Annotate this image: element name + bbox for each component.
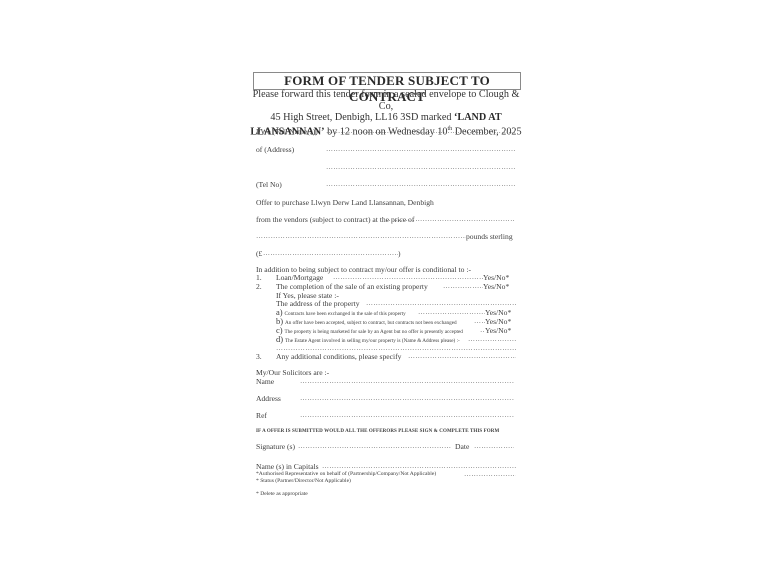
status-row: * Status (Partner/Director/Not Applicabl… <box>256 477 518 485</box>
signing-notice: IF A OFFER IS SUBMITTED WOULD ALL THE OF… <box>256 429 499 434</box>
condition-1-yes-no[interactable]: Yes/No* <box>483 273 519 282</box>
signing-notice-row: IF A OFFER IS SUBMITTED WOULD ALL THE OF… <box>256 427 518 436</box>
instructions-marked-bold: ‘LAND AT <box>454 112 502 123</box>
condition-3-text: Any additional conditions, please specif… <box>276 352 401 361</box>
instructions-address: 45 High Street, Denbigh, LL16 3SD marked <box>270 112 454 123</box>
sub-item-a-yes-no-text[interactable]: Yes/No* <box>485 308 511 317</box>
condition-3-number: 3. <box>256 352 262 361</box>
tel-label: (Tel No) <box>256 180 282 189</box>
solicitor-name-field[interactable]: …………………………………………………………………………………………………………… <box>300 377 514 386</box>
offer-row: Offer to purchase Llwyn Derw Land Llansa… <box>256 198 518 207</box>
condition-2-yes-no[interactable]: Yes/No* <box>483 282 519 291</box>
price-words-field[interactable]: …………………………………………………………………………………………………………… <box>256 232 466 241</box>
solicitor-ref-field[interactable]: …………………………………………………………………………………………………………… <box>300 411 514 420</box>
delete-note-row: * Delete as appropriate <box>256 490 518 498</box>
condition-1-number: 1. <box>256 273 262 282</box>
price-figures-field[interactable]: …………………………………………………………………………………………………………… <box>263 249 398 258</box>
address-field-line-2[interactable]: …………………………………………………………………………………………………………… <box>326 163 516 172</box>
solicitor-address-label: Address <box>256 394 281 403</box>
estate-agent-field[interactable]: …………………………………………………………………………………………………………… <box>468 335 516 344</box>
date-label: Date <box>455 442 469 451</box>
full-name-field[interactable]: …………………………………………………………………………………………………………… <box>326 127 516 136</box>
tender-form-page: FORM OF TENDER SUBJECT TO CONTRACT Pleas… <box>0 0 768 576</box>
delete-note: * Delete as appropriate <box>256 491 308 497</box>
solicitors-heading-row: My/Our Solicitors are :- <box>256 368 518 377</box>
price-field[interactable]: …………………………………………………………………………………………………………… <box>386 215 514 224</box>
condition-1-leader: …………………………………………………………………………………………………………… <box>333 273 483 282</box>
instructions-line-2: 45 High Street, Denbigh, LL16 3SD marked… <box>250 112 522 124</box>
condition-2-yes-no-text[interactable]: Yes/No* <box>483 282 509 291</box>
solicitors-heading: My/Our Solicitors are :- <box>256 368 329 377</box>
pound-sign: (£ <box>256 249 262 258</box>
signature-field[interactable]: …………………………………………………………………………………………………………… <box>298 442 452 451</box>
property-address-label: The address of the property <box>276 299 360 308</box>
sub-item-b-leader: …………………………………………………………………………………………………………… <box>474 317 485 326</box>
solicitor-name-label: Name <box>256 377 274 386</box>
full-name-label: I/We (Full Name(s)) <box>256 127 318 136</box>
pounds-sterling-row: pounds sterling <box>466 232 526 241</box>
condition-1-yes-no-text[interactable]: Yes/No* <box>483 273 509 282</box>
pounds-sterling-label: pounds sterling <box>466 232 513 241</box>
pound-close-paren: ) <box>398 249 401 258</box>
instructions-line-1: Please forward this tender form in a sea… <box>250 89 522 112</box>
form-title: FORM OF TENDER SUBJECT TO CONTRACT <box>253 72 521 90</box>
address-field-line-1[interactable]: …………………………………………………………………………………………………………… <box>326 145 516 154</box>
solicitor-ref-label: Ref <box>256 411 267 420</box>
sub-item-b-yes-no[interactable]: Yes/No* <box>485 317 521 326</box>
condition-2-leader: …………………………………………………………………………………………………………… <box>443 282 483 291</box>
property-address-field[interactable]: …………………………………………………………………………………………………………… <box>366 299 516 308</box>
additional-conditions-field[interactable]: …………………………………………………………………………………………………………… <box>408 352 516 361</box>
address-label: of (Address) <box>256 145 294 154</box>
pound-close: ) <box>398 249 408 258</box>
sub-item-a-yes-no[interactable]: Yes/No* <box>485 308 521 317</box>
date-field[interactable]: …………………………………………………………………………………………………………… <box>474 442 514 451</box>
sub-item-a-leader: …………………………………………………………………………………………………………… <box>418 308 485 317</box>
sub-item-c-yes-no[interactable]: Yes/No* <box>485 326 521 335</box>
offer-text: Offer to purchase Llwyn Derw Land Llansa… <box>256 198 434 207</box>
condition-1-text: Loan/Mortgage <box>276 273 323 282</box>
sub-item-d-letter: d) <box>276 334 283 344</box>
signature-label: Signature (s) <box>256 442 295 451</box>
sub-item-b-yes-no-text[interactable]: Yes/No* <box>485 317 511 326</box>
condition-2-text: The completion of the sale of an existin… <box>276 282 428 291</box>
sub-item-c-yes-no-text[interactable]: Yes/No* <box>485 326 511 335</box>
tel-field[interactable]: …………………………………………………………………………………………………………… <box>326 180 516 189</box>
condition-2-number: 2. <box>256 282 262 291</box>
status-text: * Status (Partner/Director/Not Applicabl… <box>256 478 351 484</box>
date-label-row: Date <box>455 442 475 451</box>
solicitor-address-field[interactable]: …………………………………………………………………………………………………………… <box>300 394 514 403</box>
